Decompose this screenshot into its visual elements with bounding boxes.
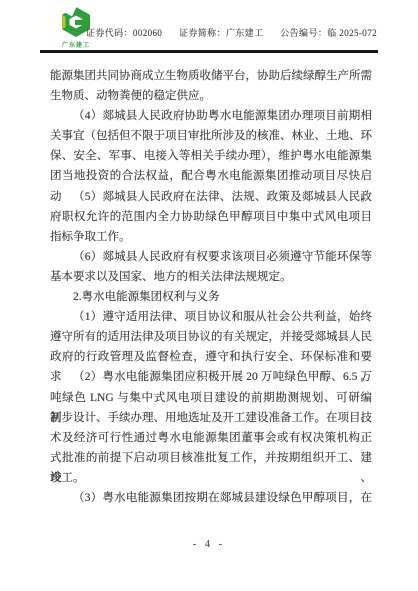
stock-name: 证券简称：广东建工	[179, 28, 264, 38]
header-divider	[40, 50, 378, 53]
body-section-heading: 2.粤水电能源集团权利与义务	[50, 287, 372, 307]
body-text-line: （6）郯城县人民政府有权要求该项目必须遵守节能环保等	[50, 247, 372, 267]
body-text-line: 政府的行政管理及监督检查，遵守和执行安全、环保标准和要求。	[50, 347, 372, 367]
body-text-line: 遵守所有的适用法律及项目协议的有关规定，并接受郯城县人民	[50, 327, 372, 347]
body-text-line: （3）粤水电能源集团按期在郯城县建设绿色甲醇项目，在	[50, 488, 372, 508]
body-text-line: 式批准的前提下启动项目核准批复工作，并按期组织开工、建设、	[50, 448, 372, 468]
body-text-line: 术及经济可行性通过粤水电能源集团董事会或有权决策机构正	[50, 428, 372, 448]
stock-code: 证券代码：002060	[86, 28, 162, 38]
body-text-line: 吨绿色 LNG 与集中式风电项目建设的前期勘测规划、可研编制、	[50, 388, 372, 408]
body-text-line: 基本要求以及国家、地方的相关法律法规规定。	[50, 267, 372, 287]
announcement-number: 公告编号：临 2025-072	[280, 28, 377, 38]
document-body: 能源集团共同协商成立生物质收储平台，协助后续绿醇生产所需 生物质、动物粪便的稳定…	[50, 66, 372, 508]
body-text-line: 府职权允许的范围内全力协助绿色甲醇项目中集中式风电项目	[50, 207, 372, 227]
body-text-line: （2）粤水电能源集团应积极开展 20 万吨绿色甲醇、6.5 万	[50, 367, 372, 387]
securities-header-line: 证券代码：002060 证券简称：广东建工 公告编号：临 2025-072	[86, 26, 377, 39]
body-text-line: 关事宜（包括但不限于项目审批所涉及的核准、林业、土地、环	[50, 126, 372, 146]
body-text-line: （4）郯城县人民政府协助粤水电能源集团办理项目前期相	[50, 106, 372, 126]
body-text-line: 生物质、动物粪便的稳定供应。	[50, 86, 372, 106]
body-text-line: 能源集团共同协商成立生物质收储平台，协助后续绿醇生产所需	[50, 66, 372, 86]
body-text-line: 指标争取工作。	[50, 227, 372, 247]
company-logo-text: 广东建工	[58, 43, 94, 50]
body-text-line: （1）遵守适用法律、项目协议和服从社会公共利益，始终	[50, 307, 372, 327]
page-number: - 4 -	[0, 539, 418, 550]
body-text-line: 保、安全、军事、电接入等相关手续办理），维护粤水电能源集	[50, 146, 372, 166]
body-text-line: 初步设计、手续办理、用地选址及开工建设准备工作。在项目技	[50, 408, 372, 428]
document-page: 广东建工 证券代码：002060 证券简称：广东建工 公告编号：临 2025-0…	[0, 0, 418, 591]
body-text-line: （5）郯城县人民政府在法律、法规、政策及郯城县人民政	[50, 187, 372, 207]
body-text-line: 团当地投资的合法权益，配合粤水电能源集团推动项目尽快启动。	[50, 166, 372, 186]
